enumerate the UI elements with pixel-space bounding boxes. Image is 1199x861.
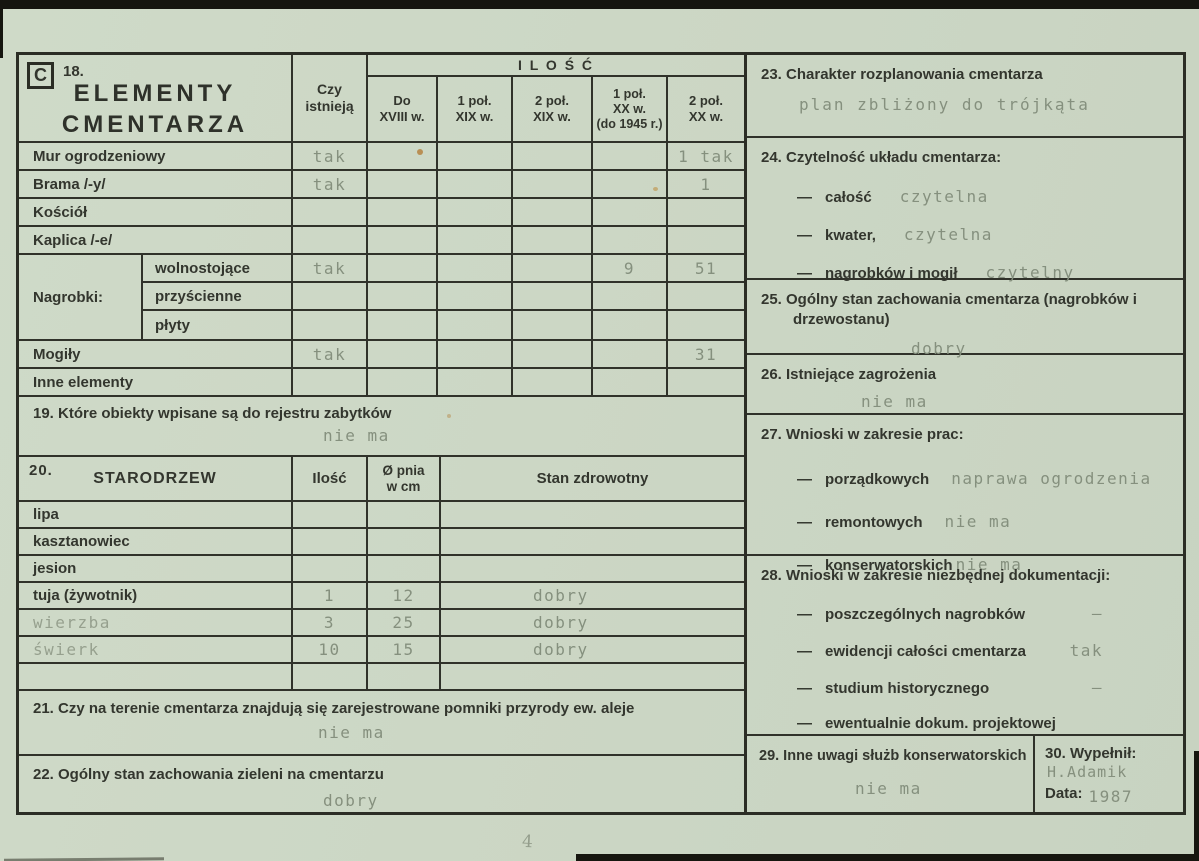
cell-period-2: [438, 341, 513, 367]
column-header-period-5: 2 poł. XX w.: [668, 77, 744, 141]
section-29-label: 29. Inne uwagi służb konserwatorskich: [759, 747, 1027, 767]
cell-period-4: [593, 227, 668, 253]
date-value: 1987: [1089, 787, 1134, 806]
section-21-value: nie ma: [318, 723, 744, 742]
date-label: Data:1987: [1045, 783, 1175, 802]
item-value: czytelna: [904, 225, 993, 244]
section-29-value: nie ma: [855, 779, 1027, 798]
cell-exists: [293, 283, 368, 309]
list-item: — ewidencji całości cmentarza tak: [797, 641, 1169, 660]
cell-exists: tak: [293, 143, 368, 169]
cell-period-5: [668, 369, 744, 395]
section-19-value: nie ma: [323, 426, 744, 445]
section-21-label: 21. Czy na terenie cmentarza znajdują si…: [33, 700, 744, 717]
list-item: — poszczególnych nagrobków –: [797, 604, 1169, 623]
cell-period-3: [513, 199, 593, 225]
row-label: Kościół: [19, 199, 293, 225]
list-item: — remontowych nie ma: [797, 512, 1169, 531]
section-21: 21. Czy na terenie cmentarza znajdują si…: [19, 691, 744, 756]
cell-period-4: [593, 143, 668, 169]
column-header-period-4: 1 poł. XX w. (do 1945 r.): [593, 77, 668, 141]
section-29-30: 29. Inne uwagi służb konserwatorskich ni…: [747, 736, 1183, 812]
table-row-inne: Inne elementy: [19, 369, 744, 397]
section-19: 19. Które obiekty wpisane są do rejestru…: [19, 397, 744, 457]
cell-period-4: [593, 171, 668, 197]
list-item: — ewentualnie dokum. projektowej: [797, 715, 1169, 732]
cell-exists: [293, 311, 368, 339]
section-23: 23. Charakter rozplanowania cmentarza pl…: [747, 55, 1183, 138]
item-label: ewidencji całości cmentarza: [825, 643, 1026, 660]
tree-qty: 1: [293, 583, 368, 608]
cell-period-2: [438, 283, 513, 309]
tree-diameter: [368, 502, 441, 527]
cell-period-3: [513, 311, 593, 339]
period-columns: Do XVIII w. 1 poł. XIX w. 2 poł. XIX w. …: [368, 77, 744, 141]
tree-row-wierzba: wierzba 3 25 dobry: [19, 610, 744, 637]
cell-period-2: [438, 255, 513, 281]
row-label: przyścienne: [143, 283, 293, 309]
list-item: — kwater, czytelna: [797, 225, 1169, 244]
item-label: całość: [825, 189, 872, 206]
cell-period-5: 51: [668, 255, 744, 281]
row-label: Brama /-y/: [19, 171, 293, 197]
column-header-exists: Czy istnieją: [293, 55, 368, 141]
cell-period-4: [593, 341, 668, 367]
tree-qty: [293, 502, 368, 527]
tree-health: dobry: [441, 637, 744, 662]
tree-qty: 3: [293, 610, 368, 635]
cell-period-5: 31: [668, 341, 744, 367]
section-20-header: 20. STARODRZEW Ilość Ø pnia w cm Stan zd…: [19, 457, 744, 502]
tree-diameter: [368, 664, 441, 689]
cell-exists: [293, 227, 368, 253]
section-25: 25. Ogólny stan zachowania cmentarza (na…: [747, 280, 1183, 355]
item-label: remontowych: [825, 514, 923, 531]
tree-diameter: [368, 556, 441, 581]
item-label: kwater,: [825, 227, 876, 244]
tree-diameter: 25: [368, 610, 441, 635]
cell-period-2: [438, 143, 513, 169]
cell-period-3: [513, 283, 593, 309]
table-row-mogily: Mogiły tak 31: [19, 341, 744, 369]
section-26: 26. Istniejące zagrożenia nie ma: [747, 355, 1183, 415]
cell-period-3: [513, 255, 593, 281]
section-26-value: nie ma: [861, 392, 1169, 411]
table-row-przyscienne: przyścienne: [143, 283, 744, 311]
section-29: 29. Inne uwagi służb konserwatorskich ni…: [747, 736, 1035, 812]
tree-row-empty: [19, 664, 744, 691]
section-20-title: STARODRZEW: [93, 470, 216, 488]
section-18-title-cell: C 18. ELEMENTY CMENTARZA: [19, 55, 293, 141]
dash-marker: —: [797, 227, 812, 244]
section-19-label: 19. Które obiekty wpisane są do rejestru…: [33, 405, 744, 422]
cell-period-2: [438, 199, 513, 225]
cell-period-1: [368, 227, 438, 253]
row-label: wolnostojące: [143, 255, 293, 281]
section-24: 24. Czytelność układu cmentarza: — całoś…: [747, 138, 1183, 280]
table-row-plyty: płyty: [143, 311, 744, 339]
table-row-brama: Brama /-y/ tak 1: [19, 171, 744, 199]
tree-health: [441, 556, 744, 581]
cell-period-3: [513, 143, 593, 169]
row-label: Mogiły: [19, 341, 293, 367]
cell-period-4: 9: [593, 255, 668, 281]
item-label: ewentualnie dokum. projektowej: [825, 715, 1056, 732]
tree-row-lipa: lipa: [19, 502, 744, 529]
tree-row-swierk: świerk 10 15 dobry: [19, 637, 744, 664]
cell-period-1: [368, 255, 438, 281]
row-label: płyty: [143, 311, 293, 339]
list-item: — studium historycznego –: [797, 678, 1169, 697]
scan-edge-right-corner: [1194, 751, 1199, 861]
tree-name: świerk: [19, 637, 293, 662]
table-row-mur: Mur ogrodzeniowy tak 1 tak: [19, 143, 744, 171]
section-c-box: C: [27, 62, 54, 89]
column-header-qty: Ilość: [293, 457, 368, 500]
tree-name: tuja (żywotnik): [19, 583, 293, 608]
tree-row-tuja: tuja (żywotnik) 1 12 dobry: [19, 583, 744, 610]
cell-exists: tak: [293, 171, 368, 197]
pencil-mark: 4: [521, 832, 533, 853]
quantity-columns-group: I L O Ś Ć Do XVIII w. 1 poł. XIX w. 2 po…: [368, 55, 744, 141]
tree-name: wierzba: [19, 610, 293, 635]
section-27-label: 27. Wnioski w zakresie prac:: [761, 425, 1169, 445]
list-item: — całość czytelna: [797, 187, 1169, 206]
section-30-label: 30. Wypełnił:: [1045, 745, 1175, 762]
cell-period-4: [593, 199, 668, 225]
row-label: Mur ogrodzeniowy: [19, 143, 293, 169]
right-pane: 23. Charakter rozplanowania cmentarza pl…: [747, 55, 1183, 812]
scan-edge-bottom: [576, 854, 1199, 861]
cell-period-3: [513, 369, 593, 395]
row-label: Inne elementy: [19, 369, 293, 395]
cell-period-1: [368, 369, 438, 395]
column-header-period-1: Do XVIII w.: [368, 77, 438, 141]
section-22-value: dobry: [323, 791, 744, 810]
item-label: poszczególnych nagrobków: [825, 606, 1025, 623]
scan-edge-bottom-left: [4, 857, 164, 861]
item-value: naprawa ogrodzenia: [951, 469, 1151, 488]
table-group-nagrobki: Nagrobki: wolnostojące tak 9 51 przyście…: [19, 255, 744, 341]
cell-period-1: [368, 283, 438, 309]
cell-period-1: [368, 311, 438, 339]
tree-diameter: 12: [368, 583, 441, 608]
cell-period-1: [368, 171, 438, 197]
cell-period-1: [368, 143, 438, 169]
cell-period-5: [668, 199, 744, 225]
tree-qty: [293, 664, 368, 689]
dash-marker: —: [797, 514, 812, 531]
tree-qty: [293, 556, 368, 581]
tree-health: [441, 664, 744, 689]
cell-period-1: [368, 199, 438, 225]
cell-period-5: 1: [668, 171, 744, 197]
section-27: 27. Wnioski w zakresie prac: — porządkow…: [747, 415, 1183, 556]
tree-name: [19, 664, 293, 689]
cell-period-2: [438, 227, 513, 253]
section-28: 28. Wnioski w zakresie niezbędnej dokume…: [747, 556, 1183, 736]
table-row-wolnostojace: wolnostojące tak 9 51: [143, 255, 744, 283]
tree-name: jesion: [19, 556, 293, 581]
tree-name: lipa: [19, 502, 293, 527]
row-label: Kaplica /-e/: [19, 227, 293, 253]
column-header-quantity: I L O Ś Ć: [368, 55, 744, 77]
cell-exists: tak: [293, 255, 368, 281]
cell-period-5: 1 tak: [668, 143, 744, 169]
cell-period-3: [513, 341, 593, 367]
cell-period-3: [513, 227, 593, 253]
cell-period-5: [668, 227, 744, 253]
tree-health: dobry: [441, 610, 744, 635]
tree-name: kasztanowiec: [19, 529, 293, 554]
cell-period-4: [593, 283, 668, 309]
scan-edge-top: [0, 0, 1199, 9]
tree-row-kasztanowiec: kasztanowiec: [19, 529, 744, 556]
section-20-number: 20.: [29, 462, 53, 479]
table-row-kosciol: Kościół: [19, 199, 744, 227]
dash-marker: —: [797, 643, 812, 660]
item-value: –: [1092, 604, 1103, 623]
item-value: nie ma: [945, 512, 1012, 531]
left-pane: C 18. ELEMENTY CMENTARZA Czy istnieją I …: [19, 55, 747, 812]
item-value: czytelna: [900, 187, 989, 206]
table-row-kaplica: Kaplica /-e/: [19, 227, 744, 255]
dash-marker: —: [797, 606, 812, 623]
section-22: 22. Ogólny stan zachowania zieleni na cm…: [19, 756, 744, 812]
section-30: 30. Wypełnił: H.Adamik Data:1987: [1035, 736, 1183, 812]
dash-marker: —: [797, 680, 812, 697]
cell-period-4: [593, 369, 668, 395]
dash-marker: —: [797, 471, 812, 488]
cell-period-4: [593, 311, 668, 339]
filled-by-value: H.Adamik: [1047, 763, 1175, 781]
cell-exists: [293, 369, 368, 395]
cell-period-2: [438, 171, 513, 197]
item-label: studium historycznego: [825, 680, 989, 697]
group-label: Nagrobki:: [19, 255, 143, 339]
cell-period-2: [438, 369, 513, 395]
column-header-diameter: Ø pnia w cm: [368, 457, 441, 500]
section-18-number: 18.: [63, 63, 84, 80]
section-22-label: 22. Ogólny stan zachowania zieleni na cm…: [33, 766, 744, 783]
section-28-label: 28. Wnioski w zakresie niezbędnej dokume…: [761, 566, 1169, 586]
cell-period-1: [368, 341, 438, 367]
cemetery-inventory-card: C 18. ELEMENTY CMENTARZA Czy istnieją I …: [16, 52, 1186, 815]
tree-qty: [293, 529, 368, 554]
cell-period-2: [438, 311, 513, 339]
tree-qty: 10: [293, 637, 368, 662]
tree-health: [441, 502, 744, 527]
cell-period-5: [668, 283, 744, 309]
date-label-text: Data:: [1045, 785, 1083, 802]
tree-diameter: [368, 529, 441, 554]
section-25-label: 25. Ogólny stan zachowania cmentarza (na…: [761, 290, 1169, 331]
section-26-label: 26. Istniejące zagrożenia: [761, 365, 1169, 385]
column-header-health: Stan zdrowotny: [441, 457, 744, 500]
dash-marker: —: [797, 189, 812, 206]
cell-period-5: [668, 311, 744, 339]
section-23-value: plan zbliżony do trójkąta: [799, 95, 1169, 114]
tree-row-jesion: jesion: [19, 556, 744, 583]
cell-period-3: [513, 171, 593, 197]
section-23-label: 23. Charakter rozplanowania cmentarza: [761, 65, 1169, 85]
dash-marker: —: [797, 715, 812, 732]
cell-exists: tak: [293, 341, 368, 367]
cell-exists: [293, 199, 368, 225]
tree-diameter: 15: [368, 637, 441, 662]
group-rows: wolnostojące tak 9 51 przyścienne: [143, 255, 744, 339]
item-value: –: [1092, 678, 1103, 697]
tree-health: [441, 529, 744, 554]
column-header-period-2: 1 poł. XIX w.: [438, 77, 513, 141]
scan-edge-left: [0, 0, 3, 58]
item-label: porządkowych: [825, 471, 929, 488]
column-header-period-3: 2 poł. XIX w.: [513, 77, 593, 141]
list-item: — porządkowych naprawa ogrodzenia: [797, 469, 1169, 488]
item-value: tak: [1070, 641, 1103, 660]
tree-health: dobry: [441, 583, 744, 608]
section-18-title: ELEMENTY CMENTARZA: [19, 55, 291, 140]
section-18-header: C 18. ELEMENTY CMENTARZA Czy istnieją I …: [19, 55, 744, 143]
section-24-label: 24. Czytelność układu cmentarza:: [761, 148, 1169, 168]
starodrzew-header-cell: 20. STARODRZEW: [19, 457, 293, 500]
